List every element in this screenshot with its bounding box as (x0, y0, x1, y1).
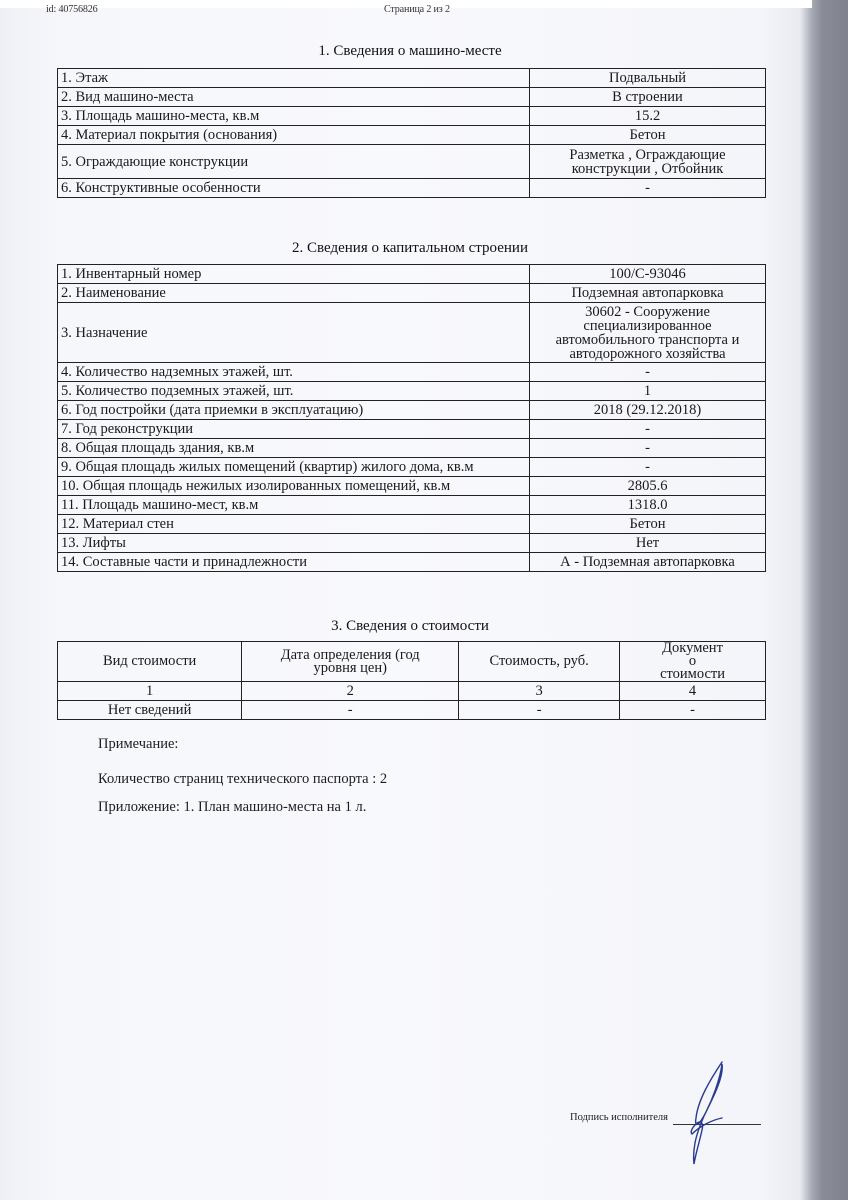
row-label: 4. Материал покрытия (основания) (58, 126, 530, 145)
row-value: 100/C-93046 (530, 265, 766, 284)
pages-count-note: Количество страниц технического паспорта… (98, 771, 387, 788)
cost-column-numbers-row-cell: 3 (459, 682, 620, 701)
row-label: 9. Общая площадь жилых помещений (кварти… (58, 458, 530, 477)
cost-data-row-cell: - (620, 701, 766, 720)
cost-data-row-cell: Нет сведений (58, 701, 242, 720)
row-label: 4. Количество надземных этажей, шт. (58, 363, 530, 382)
row-label: 11. Площадь машино-мест, кв.м (58, 496, 530, 515)
cost-column-numbers-row-cell: 4 (620, 682, 766, 701)
section-3-title: 3. Сведения о стоимости (0, 618, 820, 635)
row-label: 13. Лифты (58, 534, 530, 553)
page-number: Страница 2 из 2 (384, 3, 450, 15)
building-row: 8. Общая площадь здания, кв.м- (58, 439, 766, 458)
row-label: 8. Общая площадь здания, кв.м (58, 439, 530, 458)
building-row: 1. Инвентарный номер100/C-93046 (58, 265, 766, 284)
row-value: Бетон (530, 126, 766, 145)
building-row: 14. Составные части и принадлежностиА - … (58, 553, 766, 572)
building-row: 3. Назначение30602 - Сооружение специали… (58, 303, 766, 363)
document-page: id: 40756826 Страница 2 из 2 1. Сведения… (0, 0, 848, 1200)
building-row: 12. Материал стенБетон (58, 515, 766, 534)
row-label: 5. Количество подземных этажей, шт. (58, 382, 530, 401)
parking-space-row: 6. Конструктивные особенности- (58, 179, 766, 198)
row-value: 15.2 (530, 107, 766, 126)
remark-label: Примечание: (98, 736, 178, 753)
cost-data-row: Нет сведений--- (58, 701, 766, 720)
building-row: 4. Количество надземных этажей, шт.- (58, 363, 766, 382)
row-value: 2805.6 (530, 477, 766, 496)
parking-space-table: 1. ЭтажПодвальный2. Вид машино-местаВ ст… (57, 68, 766, 198)
building-row: 6. Год постройки (дата приемки в эксплуа… (58, 401, 766, 420)
row-value: Подземная автопарковка (530, 284, 766, 303)
row-label: 3. Площадь машино-места, кв.м (58, 107, 530, 126)
row-label: 2. Вид машино-места (58, 88, 530, 107)
row-label: 14. Составные части и принадлежности (58, 553, 530, 572)
row-value: 1318.0 (530, 496, 766, 515)
row-value: Бетон (530, 515, 766, 534)
cost-column-numbers-row-cell: 2 (242, 682, 459, 701)
row-label: 6. Конструктивные особенности (58, 179, 530, 198)
row-value: - (530, 420, 766, 439)
row-value: - (530, 439, 766, 458)
appendix-note: Приложение: 1. План машино-места на 1 л. (98, 799, 366, 816)
cost-header-row-cell: Дата определения (год уровня цен) (242, 642, 459, 682)
building-row: 11. Площадь машино-мест, кв.м1318.0 (58, 496, 766, 515)
cost-header-row-cell: Вид стоимости (58, 642, 242, 682)
parking-space-row: 5. Ограждающие конструкцииРазметка , Огр… (58, 145, 766, 179)
row-value: А - Подземная автопарковка (530, 553, 766, 572)
row-value: - (530, 458, 766, 477)
parking-space-row: 2. Вид машино-местаВ строении (58, 88, 766, 107)
section-2-title: 2. Сведения о капитальном строении (0, 240, 820, 257)
row-value: 30602 - Сооружение специализированное ав… (530, 303, 766, 363)
row-label: 3. Назначение (58, 303, 530, 363)
cost-header-row: Вид стоимостиДата определения (год уровн… (58, 642, 766, 682)
handwritten-signature-icon (670, 1060, 750, 1170)
row-label: 1. Инвентарный номер (58, 265, 530, 284)
row-value: Подвальный (530, 69, 766, 88)
building-row: 7. Год реконструкции- (58, 420, 766, 439)
cost-header-row-cell: Стоимость, руб. (459, 642, 620, 682)
signature-label: Подпись исполнителя (570, 1112, 668, 1123)
parking-space-row: 1. ЭтажПодвальный (58, 69, 766, 88)
building-table: 1. Инвентарный номер100/C-930462. Наимен… (57, 264, 766, 572)
row-value: 2018 (29.12.2018) (530, 401, 766, 420)
building-row: 2. НаименованиеПодземная автопарковка (58, 284, 766, 303)
row-label: 10. Общая площадь нежилых изолированных … (58, 477, 530, 496)
cost-column-numbers-row: 1234 (58, 682, 766, 701)
row-value: - (530, 363, 766, 382)
section-1-title: 1. Сведения о машино-месте (0, 43, 820, 60)
building-row: 5. Количество подземных этажей, шт.1 (58, 382, 766, 401)
cost-table: Вид стоимостиДата определения (год уровн… (57, 641, 766, 720)
cost-data-row-cell: - (242, 701, 459, 720)
row-value: Нет (530, 534, 766, 553)
row-label: 12. Материал стен (58, 515, 530, 534)
row-label: 7. Год реконструкции (58, 420, 530, 439)
cost-data-row-cell: - (459, 701, 620, 720)
row-value: В строении (530, 88, 766, 107)
document-id: id: 40756826 (46, 3, 97, 15)
row-label: 5. Ограждающие конструкции (58, 145, 530, 179)
building-row: 9. Общая площадь жилых помещений (кварти… (58, 458, 766, 477)
row-value: Разметка , Ограждающие конструкции , Отб… (530, 145, 766, 179)
building-row: 10. Общая площадь нежилых изолированных … (58, 477, 766, 496)
cost-column-numbers-row-cell: 1 (58, 682, 242, 701)
parking-space-row: 3. Площадь машино-места, кв.м15.2 (58, 107, 766, 126)
building-row: 13. ЛифтыНет (58, 534, 766, 553)
parking-space-row: 4. Материал покрытия (основания)Бетон (58, 126, 766, 145)
row-label: 1. Этаж (58, 69, 530, 88)
row-label: 2. Наименование (58, 284, 530, 303)
row-label: 6. Год постройки (дата приемки в эксплуа… (58, 401, 530, 420)
row-value: 1 (530, 382, 766, 401)
cost-header-row-cell: Документ о стоимости (620, 642, 766, 682)
row-value: - (530, 179, 766, 198)
